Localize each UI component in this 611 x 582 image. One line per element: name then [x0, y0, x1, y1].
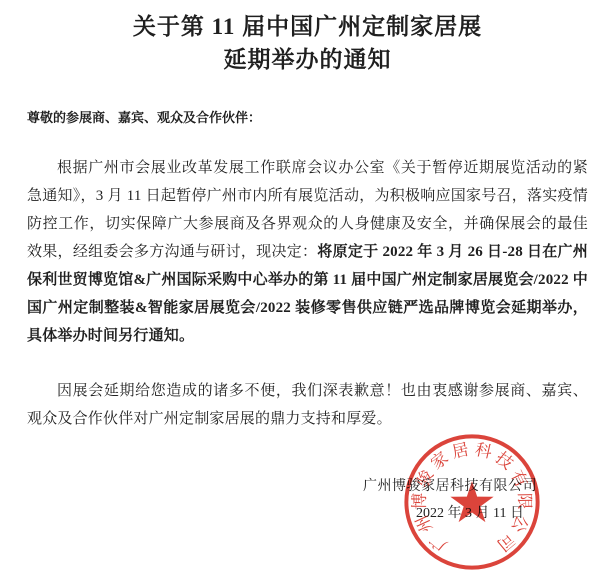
seal-arc-char: 限 [515, 493, 534, 510]
paragraph-notice: 根据广州市会展业改革发展工作联席会议办公室《关于暂停近期展览活动的紧急通知》，3… [27, 154, 588, 350]
title-line-1: 关于第 11 届中国广州定制家居展 [27, 10, 588, 43]
seal-arc-char: 居 [450, 440, 470, 462]
seal-arc-char: 科 [473, 440, 494, 462]
company-seal-stamp: 广州博骏家居科技有限公司 [402, 432, 542, 572]
seal-star-icon [450, 481, 493, 522]
title-line-2: 延期举办的通知 [27, 43, 588, 76]
document-title: 关于第 11 届中国广州定制家居展 延期举办的通知 [27, 10, 588, 76]
document-page: 关于第 11 届中国广州定制家居展 延期举办的通知 尊敬的参展商、嘉宾、观众及合… [0, 0, 611, 582]
seal-arc-char: 博 [410, 492, 429, 509]
paragraph-apology: 因展会延期给您造成的诸多不便，我们深表歉意！也由衷感谢参展商、嘉宾、观众及合作伙… [27, 377, 588, 433]
greeting-line: 尊敬的参展商、嘉宾、观众及合作伙伴： [27, 109, 588, 126]
